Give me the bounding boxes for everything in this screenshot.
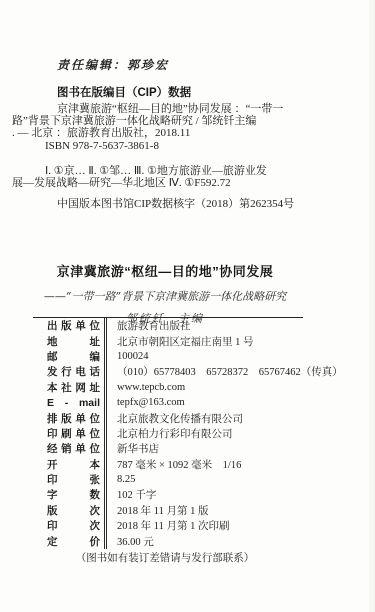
cip-classification-line: Ⅰ. ①京… Ⅱ. ①邹… Ⅲ. ①地方旅游业—旅游业发	[45, 165, 314, 177]
responsible-editor-line: 责任编辑：郭珍宏	[57, 56, 169, 73]
cip-line: . — 北京 ：旅游教育出版社，2018.11	[12, 127, 314, 139]
colophon-row-value: （010）65778403 65728372 65767462（传真）	[104, 364, 343, 379]
colophon-row-label: 经销单位	[47, 441, 100, 456]
colophon-row-label: E - mail	[47, 397, 100, 409]
colophon-row-label: 排版单位	[47, 411, 100, 426]
table-row: 定价 36.00 元	[33, 533, 303, 548]
colophon-row-value: 102 千字	[104, 487, 303, 502]
table-row: 本社网址 www.tepcb.com	[33, 380, 303, 395]
cip-line: 京津冀旅游“枢纽—目的地”协同发展 ：“一带一	[57, 103, 314, 115]
colophon-row-value: 100024	[104, 349, 303, 364]
table-row: 印张 8.25	[33, 472, 303, 487]
table-row: 发行电话 （010）65778403 65728372 65767462（传真）	[33, 364, 303, 379]
colophon-row-value: 2018 年 11 月第 1 版	[104, 503, 303, 518]
colophon-row-label: 印次	[47, 518, 100, 533]
table-row: 印次 2018 年 11 月第 1 次印刷	[33, 518, 303, 533]
colophon-row-value: www.tepcb.com	[104, 380, 303, 395]
colophon-row-value: 北京旅教文化传播有限公司	[104, 410, 303, 425]
table-row: E - mail tepfx@163.com	[33, 395, 303, 410]
colophon-row-label: 发行电话	[47, 364, 100, 379]
copyright-page: 责任编辑：郭珍宏 图书在版编目（CIP）数据 京津冀旅游“枢纽—目的地”协同发展…	[0, 0, 375, 612]
book-subtitle: ——“一带一路”背景下京津冀旅游一体化战略研究	[12, 288, 318, 304]
colophon-row-label: 本社网址	[47, 380, 100, 395]
book-title: 京津冀旅游“枢纽—目的地”协同发展	[12, 261, 318, 280]
colophon-row-label: 出版单位	[47, 318, 100, 333]
colophon-row-value: 787 毫米 × 1092 毫米 1/16	[104, 457, 303, 472]
cip-line: 路”背景下京津冀旅游一体化战略研究 / 邹统钎主编	[12, 115, 314, 127]
colophon-row-label: 印张	[47, 472, 100, 487]
colophon-row-label: 邮编	[47, 349, 100, 364]
table-row: 邮编 100024	[33, 349, 303, 364]
binding-note: （图书如有装订差错请与发行部联系）	[12, 550, 318, 565]
cip-isbn-line: ISBN 978-7-5637-3861-8	[45, 140, 314, 152]
colophon-row-value: 新华书店	[104, 441, 303, 456]
cip-heading: 图书在版编目（CIP）数据	[57, 84, 191, 100]
cip-record: 京津冀旅游“枢纽—目的地”协同发展 ：“一带一 路”背景下京津冀旅游一体化战略研…	[12, 103, 314, 210]
colophon-row-label: 字数	[47, 487, 100, 502]
table-row: 字数 102 千字	[33, 487, 303, 502]
colophon-row-label: 地址	[47, 334, 100, 349]
colophon-row-value: 旅游教育出版社	[104, 318, 303, 333]
colophon-row-label: 印刷单位	[47, 426, 100, 441]
colophon-row-value: tepfx@163.com	[104, 395, 303, 410]
colophon-row-label: 版次	[47, 503, 100, 518]
colophon-row-value: 36.00 元	[104, 533, 303, 548]
table-row: 地址 北京市朝阳区定福庄南里 1 号	[33, 333, 303, 348]
table-row: 排版单位 北京旅教文化传播有限公司	[33, 410, 303, 425]
table-row: 经销单位 新华书店	[33, 441, 303, 456]
colophon-row-label: 开本	[47, 457, 100, 472]
table-row: 印刷单位 北京柏力行彩印有限公司	[33, 426, 303, 441]
table-row: 版次 2018 年 11 月第 1 版	[33, 503, 303, 518]
colophon-table: 出版单位 旅游教育出版社 地址 北京市朝阳区定福庄南里 1 号 邮编 10002…	[33, 317, 303, 549]
table-row: 开本 787 毫米 × 1092 毫米 1/16	[33, 457, 303, 472]
colophon-row-value: 北京市朝阳区定福庄南里 1 号	[104, 333, 303, 348]
colophon-row-label: 定价	[47, 534, 100, 549]
colophon-row-value: 2018 年 11 月第 1 次印刷	[104, 518, 303, 533]
table-row: 出版单位 旅游教育出版社	[33, 318, 303, 333]
colophon-row-value: 8.25	[104, 472, 303, 487]
colophon-row-value: 北京柏力行彩印有限公司	[104, 426, 303, 441]
cip-record-number-line: 中国版本图书馆CIP数据核字（2018）第262354号	[57, 198, 314, 210]
scan-edge	[369, 0, 375, 612]
cip-classification-line: 展—发展战略—研究—华北地区 Ⅳ. ①F592.72	[12, 177, 314, 189]
